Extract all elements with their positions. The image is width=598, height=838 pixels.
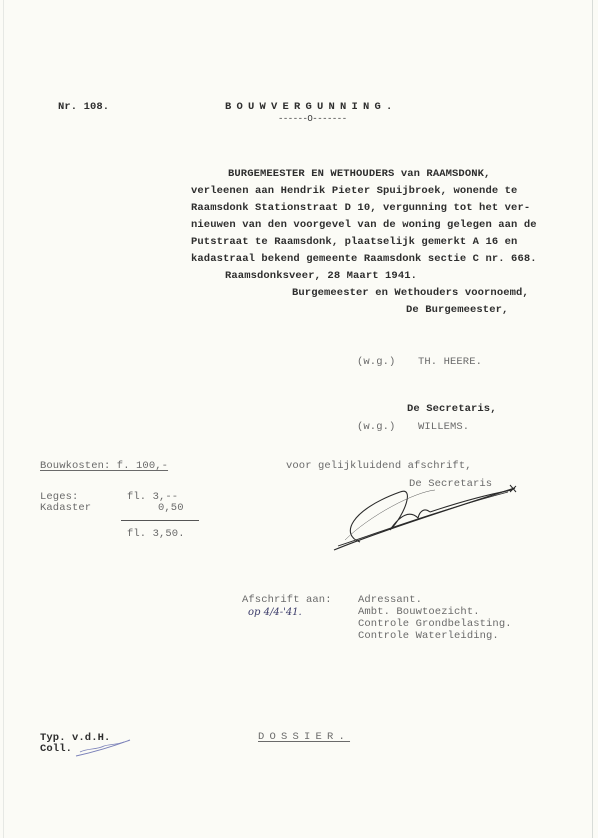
kadaster-value: 0,50 bbox=[158, 502, 184, 515]
secretary-name: WILLEMS. bbox=[418, 421, 469, 434]
body-line: kadastraal bekend gemeente Raamsdonk sec… bbox=[191, 253, 537, 266]
secretary-title: De Secretaris, bbox=[407, 403, 497, 416]
dossier-label: DOSSIER. bbox=[258, 731, 350, 744]
pencil-initials bbox=[74, 738, 134, 760]
secretary-wg: (w.g.) bbox=[357, 421, 395, 434]
page-edge bbox=[3, 0, 4, 838]
signature-scribble bbox=[330, 480, 520, 555]
copies-label: Afschrift aan: bbox=[242, 594, 332, 607]
closing-line: Burgemeester en Wethouders voornoemd, bbox=[292, 287, 529, 300]
body-line: verleenen aan Hendrik Pieter Spuijbroek,… bbox=[191, 185, 517, 198]
mayor-title: De Burgemeester, bbox=[406, 304, 508, 317]
sum-rule bbox=[121, 520, 199, 521]
kadaster-label: Kadaster bbox=[40, 502, 91, 515]
body-line: BURGEMEESTER EN WETHOUDERS van RAAMSDONK… bbox=[228, 168, 490, 181]
body-line: Raamsdonk Stationstraat D 10, vergunning… bbox=[191, 202, 530, 215]
copy-statement: voor gelijkluidend afschrift, bbox=[286, 460, 472, 473]
copy-recipient: Controle Waterleiding. bbox=[358, 630, 499, 643]
document-number: Nr. 108. bbox=[58, 101, 109, 114]
collated-label: Coll. bbox=[40, 743, 72, 756]
page-edge bbox=[592, 0, 593, 838]
body-line: Putstraat te Raamsdonk, plaatselijk geme… bbox=[191, 236, 517, 249]
mayor-name: TH. HEERE. bbox=[418, 356, 482, 369]
total-value: fl. 3,50. bbox=[127, 528, 185, 541]
building-costs: Bouwkosten: f. 100,- bbox=[40, 460, 168, 473]
handwritten-date-note: op 4/4-'41. bbox=[248, 607, 302, 618]
date-line: Raamsdonksveer, 28 Maart 1941. bbox=[225, 270, 417, 283]
mayor-wg: (w.g.) bbox=[357, 356, 395, 369]
body-line: nieuwen van den voorgevel van de woning … bbox=[191, 219, 537, 232]
title-rule: ------O------- bbox=[278, 113, 347, 126]
